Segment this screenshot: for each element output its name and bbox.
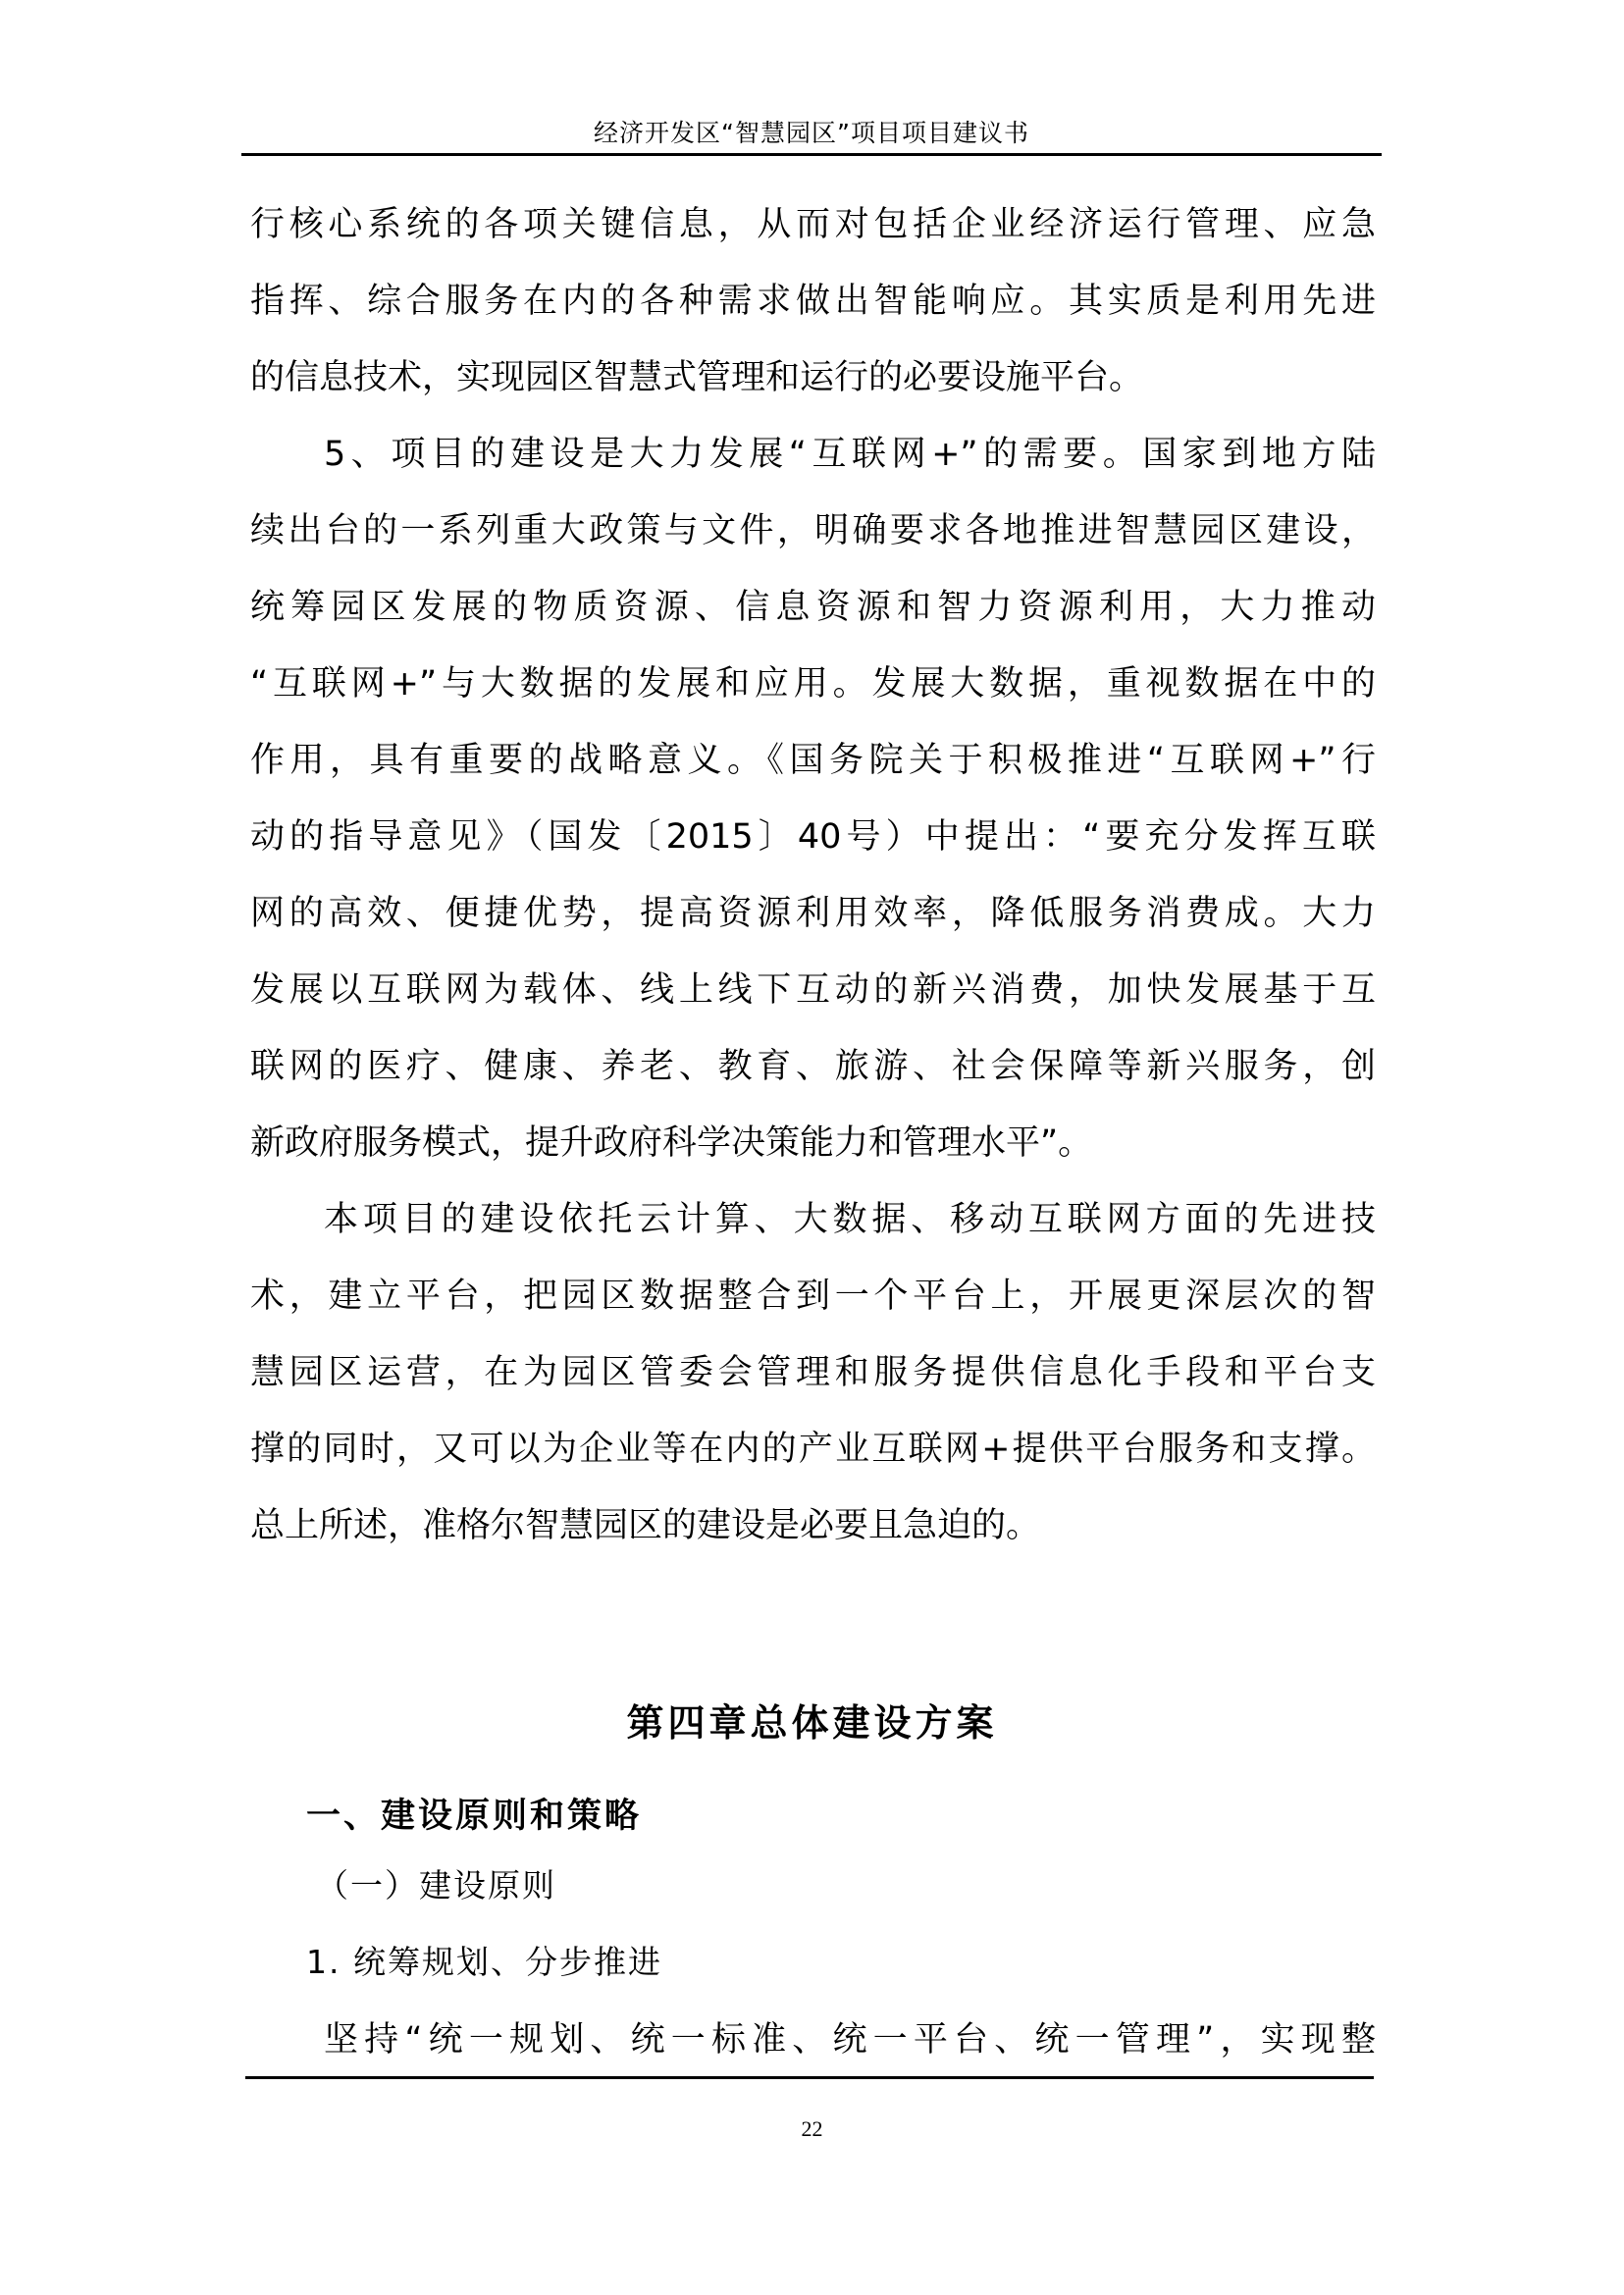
document-page: 经济开发区“智慧园区”项目项目建议书 行核心系统的各项关键信息，从而对包括企业经… <box>0 0 1624 2295</box>
body-line: 行核心系统的各项关键信息，从而对包括企业经济运行管理、应急 <box>250 200 1376 249</box>
item-heading: 1. 统筹规划、分步推进 <box>306 1938 662 1987</box>
body-line: 联网的医疗、健康、养老、教育、旅游、社会保障等新兴服务，创 <box>250 1042 1376 1091</box>
body-line: 总上所述，准格尔智慧园区的建设是必要且急迫的。 <box>250 1501 1376 1550</box>
body-line: 5、项目的建设是大力发展“互联网+”的需要。国家到地方陆 <box>324 430 1376 479</box>
body-line: 的信息技术，实现园区智慧式管理和运行的必要设施平台。 <box>250 353 1376 402</box>
body-line: 统筹园区发展的物质资源、信息资源和智力资源利用，大力推动 <box>250 583 1376 632</box>
body-line: 动的指导意见》（国发〔2015〕40号）中提出：“要充分发挥互联 <box>250 812 1376 861</box>
page-number: 22 <box>0 2114 1624 2144</box>
footer-rule <box>245 2076 1374 2079</box>
header-rule <box>241 153 1382 156</box>
body-line: 指挥、综合服务在内的各种需求做出智能响应。其实质是利用先进 <box>250 277 1376 326</box>
body-line: 慧园区运营，在为园区管委会管理和服务提供信息化手段和平台支 <box>250 1348 1376 1397</box>
body-line: 术，建立平台，把园区数据整合到一个平台上，开展更深层次的智 <box>250 1272 1376 1321</box>
running-header: 经济开发区“智慧园区”项目项目建议书 <box>241 116 1382 151</box>
body-line: 网的高效、便捷优势，提高资源利用效率，降低服务消费成。大力 <box>250 889 1376 938</box>
body-line: 发展以互联网为载体、线上线下互动的新兴消费，加快发展基于互 <box>250 965 1376 1015</box>
sub-heading: （一）建设原则 <box>316 1861 556 1910</box>
body-line: 坚持“统一规划、统一标准、统一平台、统一管理”，实现整 <box>324 2015 1376 2064</box>
body-line: 作用，具有重要的战略意义。《国务院关于积极推进“互联网+”行 <box>250 736 1376 785</box>
body-line: 撑的同时，又可以为企业等在内的产业互联网+提供平台服务和支撑。 <box>250 1425 1376 1474</box>
chapter-title: 第四章总体建设方案 <box>0 1695 1624 1750</box>
body-line: 本项目的建设依托云计算、大数据、移动互联网方面的先进技 <box>324 1195 1376 1244</box>
body-line: 新政府服务模式，提升政府科学决策能力和管理水平”。 <box>250 1119 1376 1168</box>
body-line: “互联网+”与大数据的发展和应用。发展大数据，重视数据在中的 <box>250 659 1376 708</box>
section-heading: 一、建设原则和策略 <box>306 1792 642 1841</box>
body-line: 续出台的一系列重大政策与文件，明确要求各地推进智慧园区建设， <box>250 506 1376 555</box>
